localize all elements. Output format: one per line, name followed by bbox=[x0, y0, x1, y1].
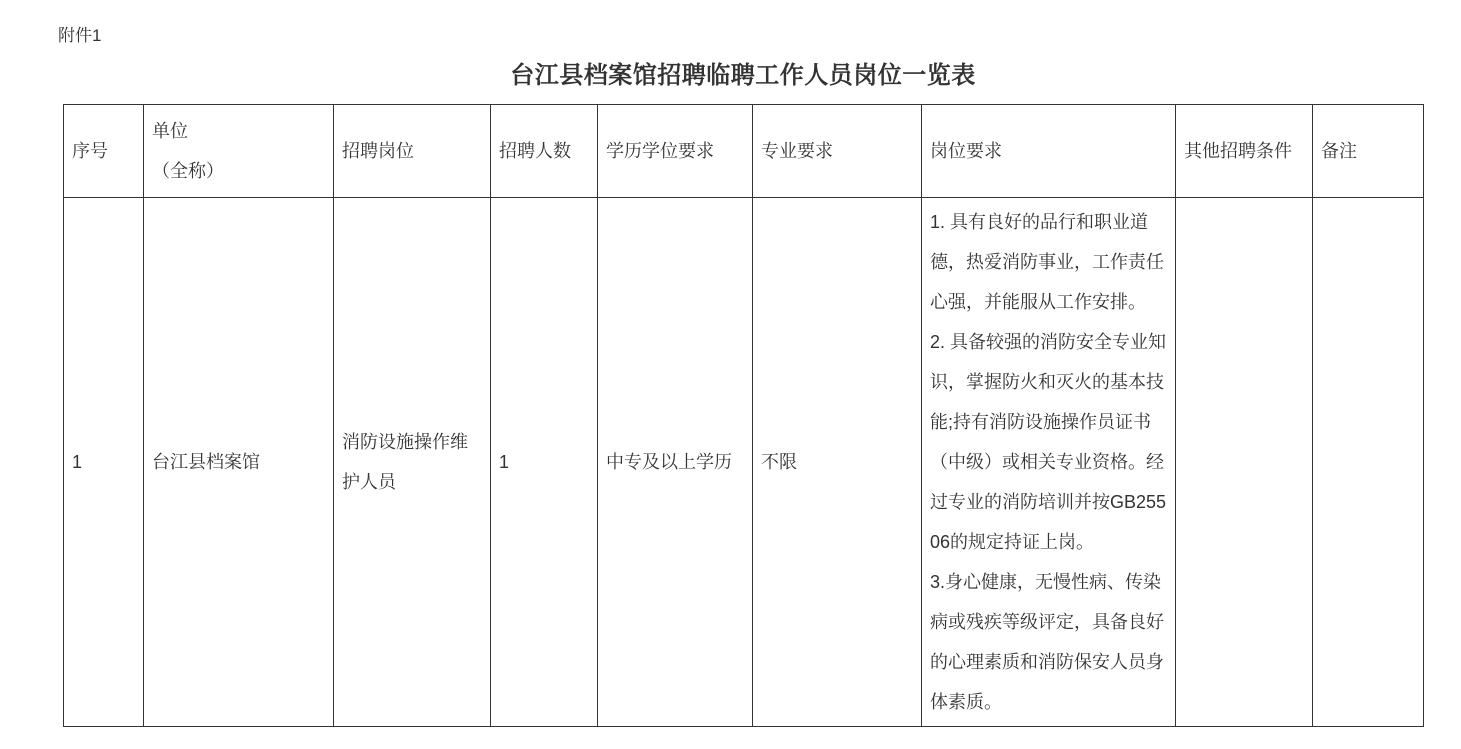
col-header-major-label: 专业要求 bbox=[761, 131, 913, 171]
col-header-headcount-label: 招聘人数 bbox=[499, 131, 589, 171]
cell-other-conditions bbox=[1176, 198, 1313, 727]
cell-headcount: 1 bbox=[491, 198, 598, 727]
col-header-seq: 序号 bbox=[64, 105, 144, 198]
col-header-seq-label: 序号 bbox=[72, 131, 135, 171]
cell-remarks bbox=[1313, 198, 1424, 727]
col-header-unit-label: 单位 bbox=[152, 111, 325, 151]
col-header-unit-sublabel: （全称） bbox=[152, 151, 325, 191]
col-header-unit: 单位 （全称） bbox=[144, 105, 334, 198]
cell-position: 消防设施操作维护人员 bbox=[334, 198, 491, 727]
cell-major: 不限 bbox=[753, 198, 922, 727]
col-header-education: 学历学位要求 bbox=[598, 105, 753, 198]
document-page: 附件1 台江县档案馆招聘临聘工作人员岗位一览表 序号 单位 （全称） bbox=[0, 0, 1461, 749]
table-header: 序号 单位 （全称） 招聘岗位 招聘人数 学历学位要求 专业要求 bbox=[64, 105, 1424, 198]
table-row: 1 台江县档案馆 消防设施操作维护人员 1 中专及以上学历 不限 1. 具有良好… bbox=[64, 198, 1424, 727]
job-positions-table: 序号 单位 （全称） 招聘岗位 招聘人数 学历学位要求 专业要求 bbox=[63, 104, 1424, 727]
cell-seq: 1 bbox=[64, 198, 144, 727]
requirement-item-2: 2. 具备较强的消防安全专业知识，掌握防火和灭火的基本技能;持有消防设施操作员证… bbox=[930, 322, 1167, 562]
col-header-requirements-label: 岗位要求 bbox=[930, 131, 1167, 171]
page-title: 台江县档案馆招聘临聘工作人员岗位一览表 bbox=[63, 60, 1423, 92]
col-header-position: 招聘岗位 bbox=[334, 105, 491, 198]
col-header-position-label: 招聘岗位 bbox=[342, 131, 482, 171]
requirement-item-3: 3.身心健康，无慢性病、传染病或残疾等级评定，具备良好的心理素质和消防保安人员身… bbox=[930, 562, 1167, 722]
col-header-major: 专业要求 bbox=[753, 105, 922, 198]
cell-requirements: 1. 具有良好的品行和职业道德，热爱消防事业，工作责任心强，并能服从工作安排。 … bbox=[922, 198, 1176, 727]
cell-education: 中专及以上学历 bbox=[598, 198, 753, 727]
col-header-education-label: 学历学位要求 bbox=[606, 131, 744, 171]
col-header-headcount: 招聘人数 bbox=[491, 105, 598, 198]
attachment-label: 附件1 bbox=[58, 26, 101, 46]
header-row: 序号 单位 （全称） 招聘岗位 招聘人数 学历学位要求 专业要求 bbox=[64, 105, 1424, 198]
col-header-other-conditions-label: 其他招聘条件 bbox=[1184, 131, 1304, 171]
col-header-requirements: 岗位要求 bbox=[922, 105, 1176, 198]
requirement-item-1: 1. 具有良好的品行和职业道德，热爱消防事业，工作责任心强，并能服从工作安排。 bbox=[930, 202, 1167, 322]
cell-unit: 台江县档案馆 bbox=[144, 198, 334, 727]
table-body: 1 台江县档案馆 消防设施操作维护人员 1 中专及以上学历 不限 1. 具有良好… bbox=[64, 198, 1424, 727]
col-header-remarks-label: 备注 bbox=[1321, 131, 1415, 171]
col-header-remarks: 备注 bbox=[1313, 105, 1424, 198]
col-header-other-conditions: 其他招聘条件 bbox=[1176, 105, 1313, 198]
